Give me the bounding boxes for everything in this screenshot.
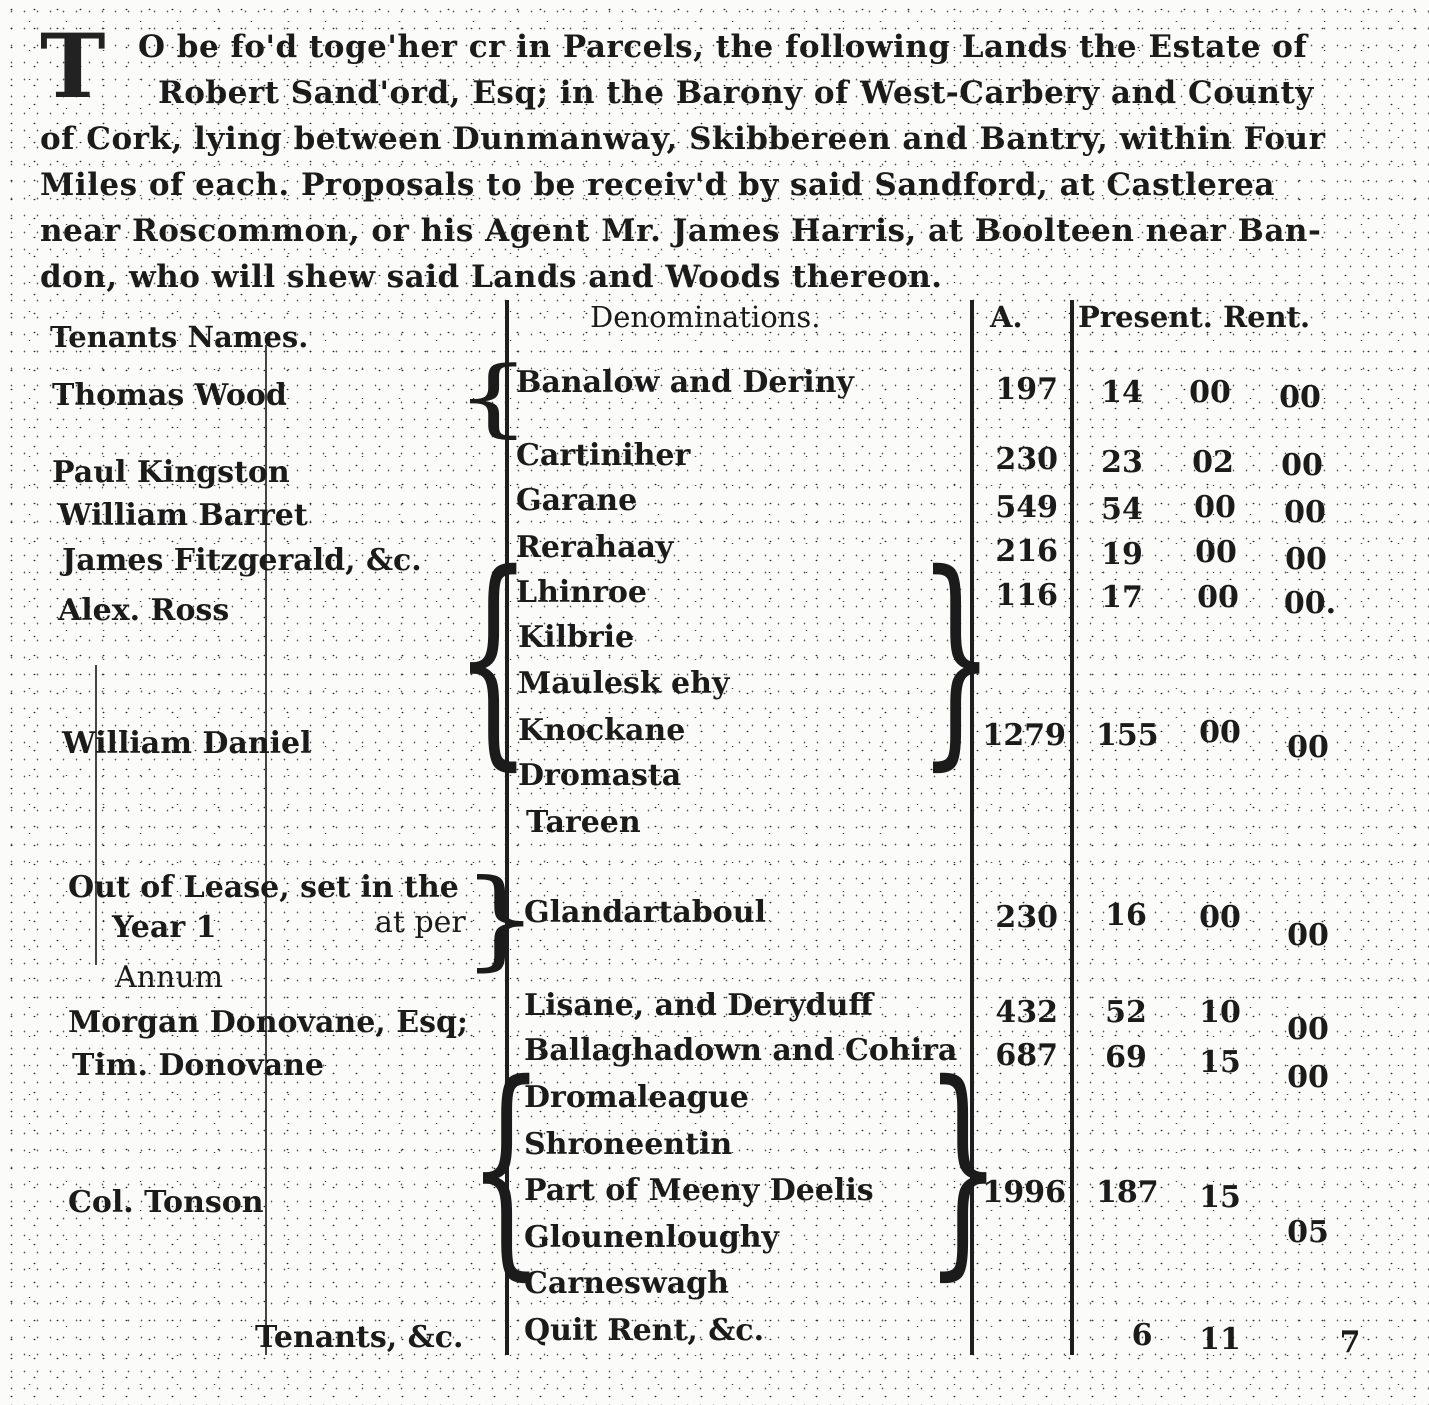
denomination: Ballaghadown and Cohira (524, 1033, 957, 1068)
tenant-name: Paul Kingston (52, 455, 290, 490)
denomination: Kilbrie (518, 620, 634, 655)
acres-value: 549 (968, 490, 1058, 525)
acres-value: 432 (968, 995, 1058, 1030)
intro-line: of Cork, lying between Dunmanway, Skibbe… (40, 116, 1400, 162)
acres-value: 687 (968, 1038, 1058, 1073)
tenant-out-of-lease: Out of Lease, set in the (68, 870, 459, 905)
rent-shillings: 00 (1190, 900, 1250, 935)
denomination: Dromaleague (524, 1080, 749, 1115)
rent-pence: 00 (1275, 495, 1335, 530)
rent-pounds: 16 (1096, 898, 1156, 933)
rent-shillings: 11 (1190, 1322, 1250, 1357)
denomination: Glandartaboul (524, 895, 766, 930)
denomination: Glounenloughy (524, 1220, 779, 1255)
acres-value: 230 (968, 442, 1058, 477)
acres-value: 1279 (976, 718, 1066, 753)
acres-value: 230 (968, 900, 1058, 935)
rent-pounds: 19 (1092, 537, 1152, 572)
denomination: Knockane (518, 713, 685, 748)
rent-pounds: 52 (1096, 995, 1156, 1030)
denomination: Lisane, and Deryduff (524, 988, 873, 1023)
tenant-out-of-lease: Annum (115, 960, 223, 995)
tenant-name: Tenants, &c. (255, 1320, 463, 1355)
intro-line: Miles of each. Proposals to be receiv'd … (40, 162, 1400, 208)
rent-pounds: 14 (1092, 375, 1152, 410)
intro-line: O be fo'd toge'her cr in Parcels, the fo… (40, 24, 1400, 70)
rent-pence: 00. (1280, 586, 1340, 621)
header-rent: Present. Rent. (1078, 300, 1310, 334)
rent-shillings: 10 (1190, 995, 1250, 1030)
rent-pence: 00 (1278, 730, 1338, 765)
rent-pounds: 69 (1096, 1040, 1156, 1075)
tenant-name: James Fitzgerald, &c. (62, 543, 422, 578)
rent-shillings: 00 (1186, 535, 1246, 570)
tenant-name: Thomas Wood (52, 378, 287, 413)
intro-line: near Roscommon, or his Agent Mr. James H… (40, 208, 1400, 254)
rent-pounds: 54 (1092, 492, 1152, 527)
rent-pence: 00 (1278, 918, 1338, 953)
acres-value: 116 (968, 578, 1058, 613)
rent-pounds: 187 (1096, 1175, 1156, 1210)
tenant-name: Alex. Ross (58, 593, 229, 628)
tenant-name: William Barret (58, 498, 308, 533)
advertisement-intro: O be fo'd toge'her cr in Parcels, the fo… (40, 24, 1400, 300)
column-rule-rent (1070, 300, 1074, 1355)
rent-shillings: 15 (1190, 1045, 1250, 1080)
denomination: Dromasta (518, 758, 681, 793)
tenant-name: Col. Tonson (68, 1185, 264, 1220)
tenant-out-of-lease: Year 1 (112, 910, 216, 945)
faint-rule (95, 665, 97, 965)
intro-line: Robert Sand'ord, Esq; in the Barony of W… (40, 70, 1400, 116)
header-denominations: Denominations. (590, 300, 820, 334)
rent-pence: 00 (1278, 1012, 1338, 1047)
denomination: Lhinroe (516, 575, 647, 610)
denomination: Carneswagh (524, 1266, 729, 1301)
rent-pence: 00 (1270, 380, 1330, 415)
rent-pence: 05 (1278, 1215, 1338, 1250)
denomination: Shroneentin (524, 1127, 732, 1162)
acres-value: 197 (968, 372, 1058, 407)
acres-value: 216 (968, 534, 1058, 569)
rent-shillings: 15 (1190, 1180, 1250, 1215)
rent-shillings: 00 (1188, 580, 1248, 615)
rent-pounds: 17 (1092, 580, 1152, 615)
rent-pence: 00 (1272, 448, 1332, 483)
rent-shillings: 00 (1180, 375, 1240, 410)
rent-pence: 00 (1276, 542, 1336, 577)
brace-right: } (925, 1056, 1001, 1284)
denomination: Tareen (526, 805, 641, 840)
denomination: Maulesk ehy (518, 666, 729, 701)
denomination: Quit Rent, &c. (524, 1313, 764, 1348)
intro-line: don, who will shew said Lands and Woods … (40, 254, 1400, 300)
rent-shillings: 00 (1185, 490, 1245, 525)
header-acres: A. (990, 300, 1023, 334)
rent-pence: 00 (1278, 1060, 1338, 1095)
acres-value: 1996 (976, 1175, 1066, 1210)
rent-pounds: 155 (1096, 718, 1156, 753)
tenant-name: Tim. Donovane (72, 1048, 324, 1083)
tenant-name: Morgan Donovane, Esq; (68, 1005, 468, 1040)
faint-rule (265, 345, 267, 1355)
denomination: Cartiniher (516, 438, 690, 473)
tenant-out-of-lease: at per (375, 905, 466, 940)
rent-pence: 7 (1320, 1325, 1380, 1360)
denomination: Rerahaay (516, 530, 673, 565)
rent-pounds: 23 (1092, 445, 1152, 480)
denomination: Garane (516, 483, 637, 518)
header-tenants: Tenants Names. (50, 320, 308, 354)
rent-pounds: 6 (1112, 1318, 1172, 1353)
rent-shillings: 00 (1190, 715, 1250, 750)
rent-shillings: 02 (1183, 445, 1243, 480)
denomination: Banalow and Deriny (516, 365, 854, 400)
tenant-name: William Daniel (62, 726, 312, 761)
denomination: Part of Meeny Deelis (524, 1173, 874, 1208)
